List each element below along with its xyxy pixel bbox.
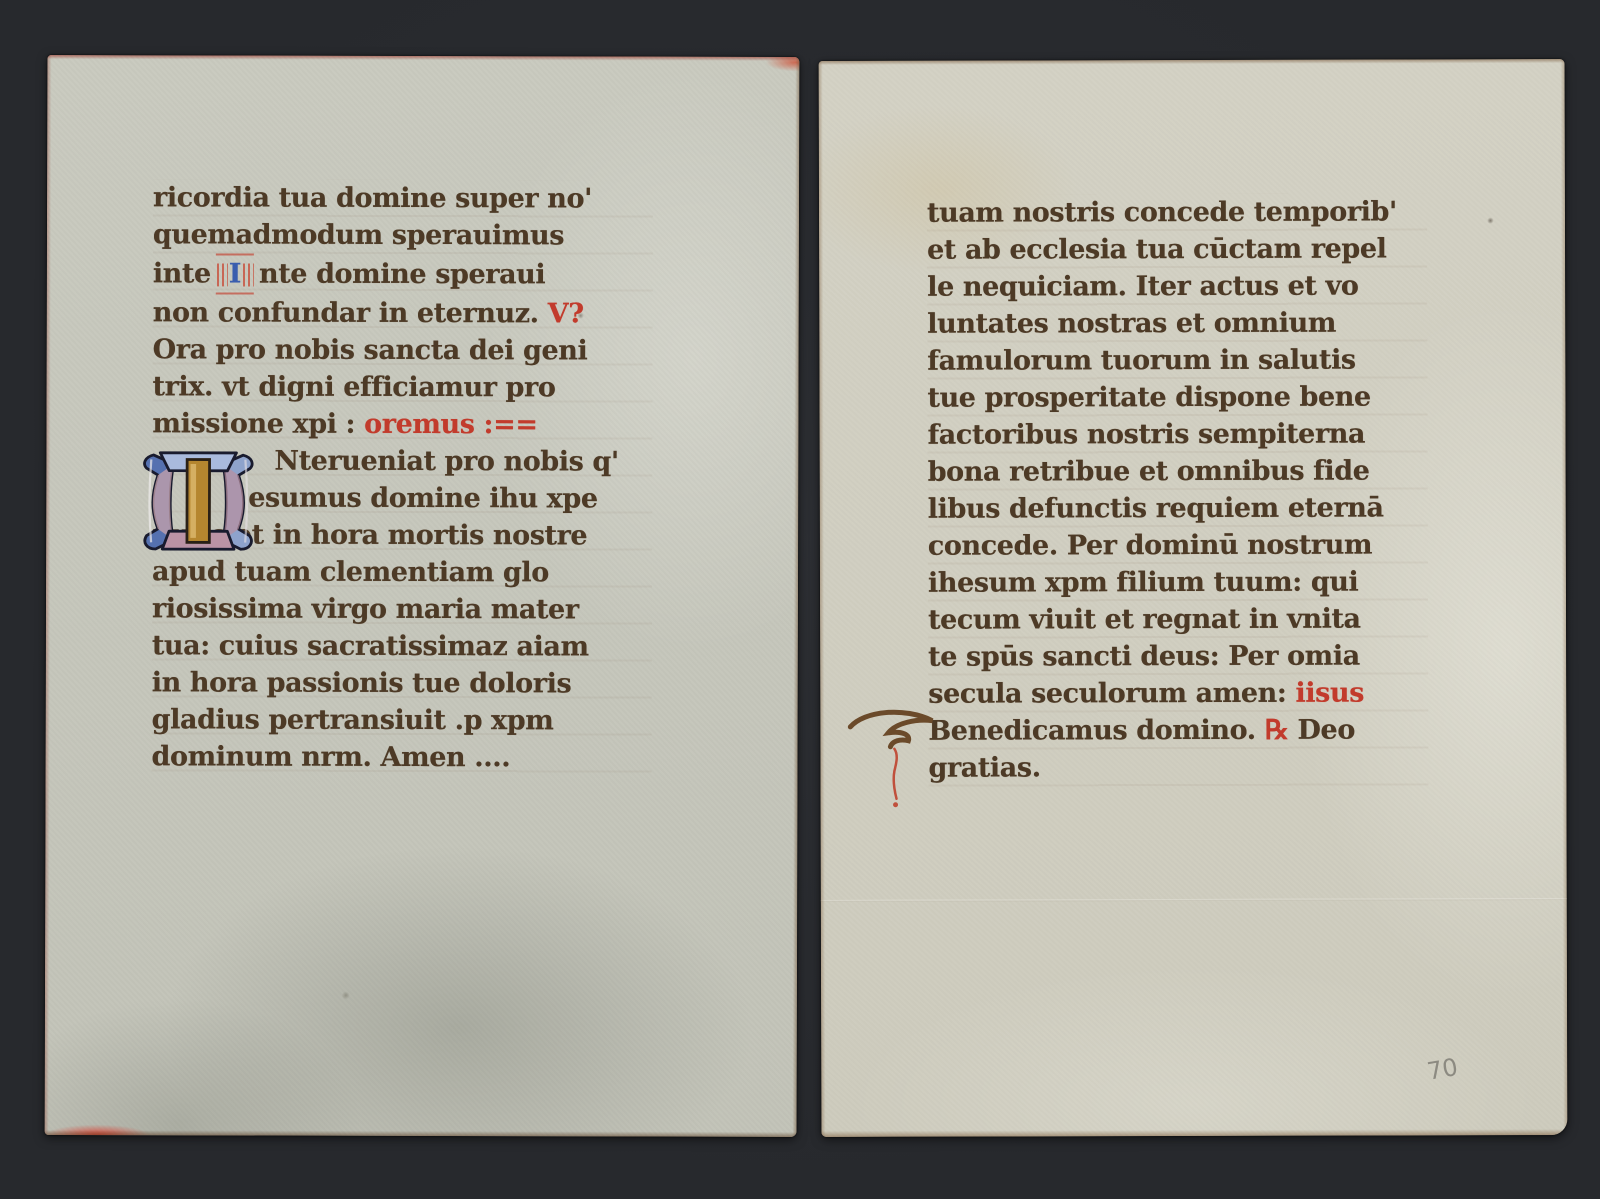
text-line: ricordia tua domine super no' bbox=[153, 179, 653, 217]
text-line: inteInte domine speraui bbox=[153, 253, 653, 295]
small-initial-I: I bbox=[216, 253, 254, 294]
manuscript-leaf-left: ricordia tua domine super no'quemadmodum… bbox=[45, 55, 800, 1137]
text-line: missione xpi : oremus :== bbox=[152, 405, 652, 443]
body-text: non confundar in eternuz. bbox=[153, 297, 548, 329]
body-text: inte bbox=[153, 258, 211, 289]
body-text: quemadmodum sperauimus bbox=[153, 219, 564, 251]
rubric-text: ℞ bbox=[1265, 715, 1298, 746]
body-text: te spūs sancti deus: Per omia bbox=[928, 641, 1360, 673]
text-line: Benedicamus domino. ℞ Deo bbox=[928, 711, 1428, 749]
body-text: trix. vt digni efficiamur pro bbox=[153, 371, 556, 403]
text-line: quemadmodum sperauimus bbox=[153, 216, 653, 254]
text-line: dominum nrm. Amen .... bbox=[152, 738, 652, 776]
body-text: missione xpi : bbox=[152, 408, 364, 440]
text-line: secula seculorum amen: iisus bbox=[928, 674, 1428, 712]
body-text: Deo bbox=[1297, 715, 1354, 746]
text-line: in hora passionis tue doloris bbox=[152, 664, 652, 702]
text-line: et ab ecclesia tua cūctam repel bbox=[927, 230, 1427, 268]
rubric-text: V? bbox=[548, 298, 584, 329]
body-text: ihesum xpm filium tuum: qui bbox=[928, 567, 1359, 599]
body-text: apud tuam clementiam glo bbox=[152, 556, 549, 588]
body-text: bona retribue et omnibus fide bbox=[928, 456, 1370, 488]
body-text: gladius pertransiuit .p xpm bbox=[152, 704, 554, 736]
body-text: esumus domine ihu xpe bbox=[248, 483, 597, 515]
text-line: tuam nostris concede temporib' bbox=[927, 193, 1427, 231]
text-line: bona retribue et omnibus fide bbox=[928, 452, 1428, 490]
text-line: trix. vt digni efficiamur pro bbox=[152, 368, 652, 406]
text-line: te spūs sancti deus: Per omia bbox=[928, 637, 1428, 675]
text-line: libus defunctis requiem eternā bbox=[928, 489, 1428, 527]
text-line: concede. Per dominū nostrum bbox=[928, 526, 1428, 564]
body-text: in hora passionis tue doloris bbox=[152, 667, 572, 699]
body-text: factoribus nostris sempiterna bbox=[928, 419, 1366, 451]
text-line: factoribus nostris sempiterna bbox=[928, 415, 1428, 453]
manuscript-leaf-right: tuam nostris concede temporib'et ab eccl… bbox=[819, 59, 1568, 1137]
body-text: luntates nostras et omnium bbox=[927, 308, 1336, 340]
body-text: concede. Per dominū nostrum bbox=[928, 530, 1372, 562]
body-text: Nterueniat pro nobis q' bbox=[274, 446, 619, 478]
body-text: nte domine speraui bbox=[259, 259, 545, 291]
text-line: riosissima virgo maria mater bbox=[152, 590, 652, 628]
right-page-text-block: tuam nostris concede temporib'et ab eccl… bbox=[927, 193, 1429, 786]
rubric-text: oremus :== bbox=[364, 409, 538, 440]
text-line: tua: cuius sacratissimaz aiam bbox=[152, 627, 652, 665]
text-line: tecum viuit et regnat in vnita bbox=[928, 600, 1428, 638]
text-line: ihesum xpm filium tuum: qui bbox=[928, 563, 1428, 601]
body-text: tuam nostris concede temporib' bbox=[927, 196, 1397, 228]
text-line: gratias. bbox=[928, 748, 1428, 786]
text-line: non confundar in eternuz. V? bbox=[153, 294, 653, 332]
body-text: tecum viuit et regnat in vnita bbox=[928, 604, 1361, 636]
text-line: tue prosperitate dispone bene bbox=[927, 378, 1427, 416]
text-line: famulorum tuorum in salutis bbox=[927, 341, 1427, 379]
body-text: dominum nrm. Amen .... bbox=[152, 741, 511, 773]
body-text: tue prosperitate dispone bene bbox=[927, 382, 1370, 414]
body-text: et ab ecclesia tua cūctam repel bbox=[927, 233, 1387, 265]
body-text: le nequiciam. Iter actus et vo bbox=[927, 271, 1358, 303]
text-line: luntates nostras et omnium bbox=[927, 304, 1427, 342]
text-line: gladius pertransiuit .p xpm bbox=[152, 701, 652, 739]
illuminated-initial-I bbox=[142, 441, 254, 559]
text-line: le nequiciam. Iter actus et vo bbox=[927, 267, 1427, 305]
text-line: Ora pro nobis sancta dei geni bbox=[153, 331, 653, 369]
body-text: libus defunctis requiem eternā bbox=[928, 493, 1384, 525]
rubric-text: iisus bbox=[1295, 678, 1364, 709]
body-text: famulorum tuorum in salutis bbox=[927, 345, 1355, 377]
body-text: secula seculorum amen: bbox=[928, 678, 1295, 710]
pencil-folio-number: 70 bbox=[1425, 1053, 1460, 1086]
body-text: Ora pro nobis sancta dei geni bbox=[153, 334, 588, 366]
photograph-of-manuscript-leaves: { "colors": { "background": "#27292d", "… bbox=[0, 0, 1600, 1199]
body-text: riosissima virgo maria mater bbox=[152, 593, 579, 625]
body-text: Benedicamus domino. bbox=[928, 715, 1264, 747]
body-text: ricordia tua domine super no' bbox=[153, 182, 592, 214]
body-text: tua: cuius sacratissimaz aiam bbox=[152, 630, 589, 662]
pen-flourish bbox=[846, 697, 946, 827]
